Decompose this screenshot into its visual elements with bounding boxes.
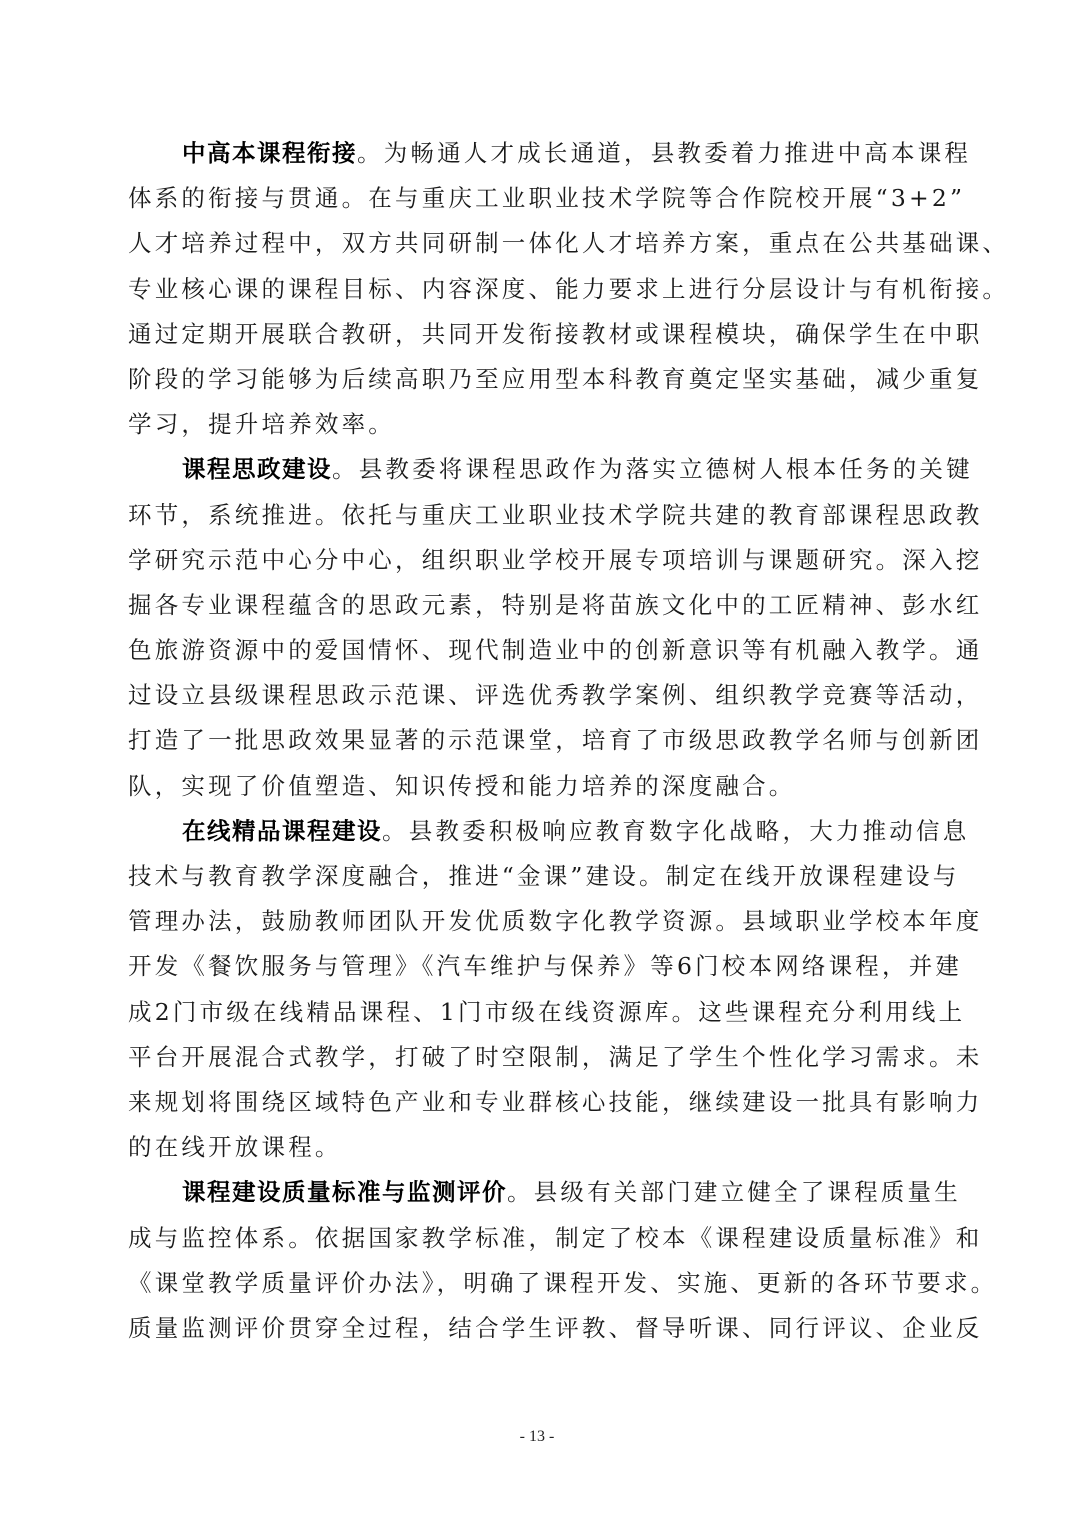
paragraph-quality-standards: 课程建设质量标准与监测评价。县级有关部门建立健全了课程质量生 成与监控体系。依据… bbox=[128, 1170, 948, 1351]
section-heading: 中高本课程衔接 bbox=[182, 139, 357, 167]
section-heading: 课程思政建设 bbox=[182, 455, 332, 483]
paragraph-first-line: 课程思政建设。县教委将课程思政作为落实立德树人根本任务的关键 bbox=[128, 447, 945, 492]
paragraph-line: 环节，系统推进。依托与重庆工业职业技术学院共建的教育部课程思政教 bbox=[128, 493, 945, 538]
paragraph-ideological-education: 课程思政建设。县教委将课程思政作为落实立德树人根本任务的关键 环节，系统推进。依… bbox=[128, 447, 948, 809]
paragraph-first-line: 课程建设质量标准与监测评价。县级有关部门建立健全了课程质量生 bbox=[128, 1170, 945, 1215]
paragraph-line: 《课堂教学质量评价办法》，明确了课程开发、实施、更新的各环节要求。 bbox=[128, 1261, 945, 1306]
paragraph-curriculum-articulation: 中高本课程衔接。为畅通人才成长通道，县教委着力推进中高本课程 体系的衔接与贯通。… bbox=[128, 131, 948, 447]
paragraph-text: 。为畅通人才成长通道，县教委着力推进中高本课程 bbox=[357, 139, 971, 167]
paragraph-line: 成2门市级在线精品课程、1门市级在线资源库。这些课程充分利用线上 bbox=[128, 990, 945, 1035]
paragraph-first-line: 中高本课程衔接。为畅通人才成长通道，县教委着力推进中高本课程 bbox=[128, 131, 945, 176]
paragraph-line: 色旅游资源中的爱国情怀、现代制造业中的创新意识等有机融入教学。通 bbox=[128, 628, 945, 673]
section-heading: 在线精品课程建设 bbox=[182, 817, 382, 845]
section-heading: 课程建设质量标准与监测评价 bbox=[182, 1178, 507, 1206]
paragraph-line: 人才培养过程中，双方共同研制一体化人才培养方案，重点在公共基础课、 bbox=[128, 221, 945, 266]
paragraph-line: 学习，提升培养效率。 bbox=[128, 402, 945, 447]
paragraph-line: 通过定期开展联合教研，共同开发衔接教材或课程模块，确保学生在中职 bbox=[128, 312, 945, 357]
paragraph-line: 来规划将围绕区域特色产业和专业群核心技能，继续建设一批具有影响力 bbox=[128, 1080, 945, 1125]
paragraph-line: 过设立县级课程思政示范课、评选优秀教学案例、组织教学竞赛等活动， bbox=[128, 673, 945, 718]
paragraph-text: 。县教委积极响应教育数字化战略，大力推动信息 bbox=[382, 817, 969, 845]
paragraph-text: 。县教委将课程思政作为落实立德树人根本任务的关键 bbox=[332, 455, 973, 483]
page-number: - 13 - bbox=[0, 1428, 1074, 1446]
paragraph-line: 专业核心课的课程目标、内容深度、能力要求上进行分层设计与有机衔接。 bbox=[128, 267, 945, 312]
paragraph-line: 体系的衔接与贯通。在与重庆工业职业技术学院等合作院校开展“3+2” bbox=[128, 176, 945, 221]
paragraph-line: 掘各专业课程蕴含的思政元素，特别是将苗族文化中的工匠精神、彭水红 bbox=[128, 583, 945, 628]
paragraph-text: 。县级有关部门建立健全了课程质量生 bbox=[507, 1178, 961, 1206]
paragraph-line: 学研究示范中心分中心，组织职业学校开展专项培训与课题研究。深入挖 bbox=[128, 538, 945, 583]
paragraph-line: 的在线开放课程。 bbox=[128, 1125, 945, 1170]
paragraph-line: 技术与教育教学深度融合，推进“金课”建设。制定在线开放课程建设与 bbox=[128, 854, 945, 899]
paragraph-line: 打造了一批思政效果显著的示范课堂，培育了市级思政教学名师与创新团 bbox=[128, 718, 945, 763]
paragraph-line: 质量监测评价贯穿全过程，结合学生评教、督导听课、同行评议、企业反 bbox=[128, 1306, 945, 1351]
paragraph-line: 开发《餐饮服务与管理》《汽车维护与保养》等6门校本网络课程，并建 bbox=[128, 944, 945, 989]
paragraph-line: 成与监控体系。依据国家教学标准，制定了校本《课程建设质量标准》和 bbox=[128, 1216, 945, 1261]
document-body: 中高本课程衔接。为畅通人才成长通道，县教委着力推进中高本课程 体系的衔接与贯通。… bbox=[128, 131, 948, 1351]
paragraph-line: 平台开展混合式教学，打破了时空限制，满足了学生个性化学习需求。未 bbox=[128, 1035, 945, 1080]
paragraph-online-courses: 在线精品课程建设。县教委积极响应教育数字化战略，大力推动信息 技术与教育教学深度… bbox=[128, 809, 948, 1171]
paragraph-first-line: 在线精品课程建设。县教委积极响应教育数字化战略，大力推动信息 bbox=[128, 809, 945, 854]
paragraph-line: 管理办法，鼓励教师团队开发优质数字化教学资源。县域职业学校本年度 bbox=[128, 899, 945, 944]
paragraph-line: 阶段的学习能够为后续高职乃至应用型本科教育奠定坚实基础，减少重复 bbox=[128, 357, 945, 402]
paragraph-line: 队，实现了价值塑造、知识传授和能力培养的深度融合。 bbox=[128, 764, 945, 809]
